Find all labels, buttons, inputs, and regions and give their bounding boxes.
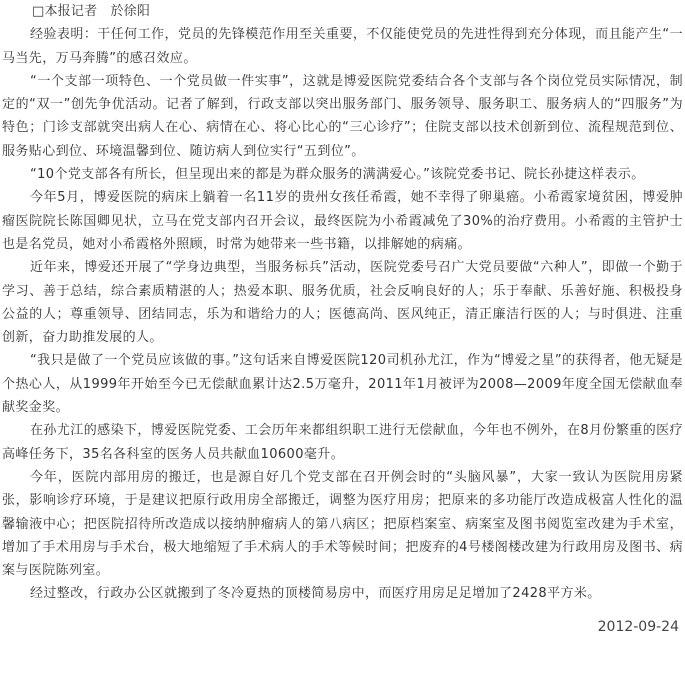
article-byline: □本报记者 於徐阳 <box>2 0 683 23</box>
article-paragraph: “我只是做了一个党员应该做的事。”这句话来自博爱医院120司机孙尤江，作为“博爱… <box>2 349 683 419</box>
article-paragraph: “10个党支部各有所长，但呈现出来的都是为群众服务的满满爱心。”该院党委书记、院… <box>2 163 683 186</box>
article-paragraph: 近年来，博爱还开展了“学身边典型，当服务标兵”活动，医院党委号召广大党员要做“六… <box>2 256 683 349</box>
article-paragraph: 今年，医院内部用房的搬迁，也是源自好几个党支部在召开例会时的“头脑风暴”，大家一… <box>2 466 683 582</box>
publish-date: 2012-09-24 <box>2 616 683 639</box>
article-paragraph: 经过整改，行政办公区就搬到了冬冷夏热的顶楼简易房中，而医疗用房足足增加了2428… <box>2 582 683 605</box>
article: □本报记者 於徐阳 经验表明：干任何工作，党员的先锋模范作用至关重要，不仅能使党… <box>0 0 685 639</box>
article-paragraph: 今年5月，博爱医院的病床上躺着一名11岁的贵州女孩任希霞，她不幸得了卵巢癌。小希… <box>2 186 683 256</box>
article-paragraph: 经验表明：干任何工作，党员的先锋模范作用至关重要，不仅能使党员的先进性得到充分体… <box>2 23 683 70</box>
article-paragraph: 在孙尤江的感染下，博爱医院党委、工会历年来都组织职工进行无偿献血，今年也不例外，… <box>2 419 683 466</box>
article-paragraph: “一个支部一项特色、一个党员做一件实事”，这就是博爱医院党委结合各个支部与各个岗… <box>2 70 683 163</box>
